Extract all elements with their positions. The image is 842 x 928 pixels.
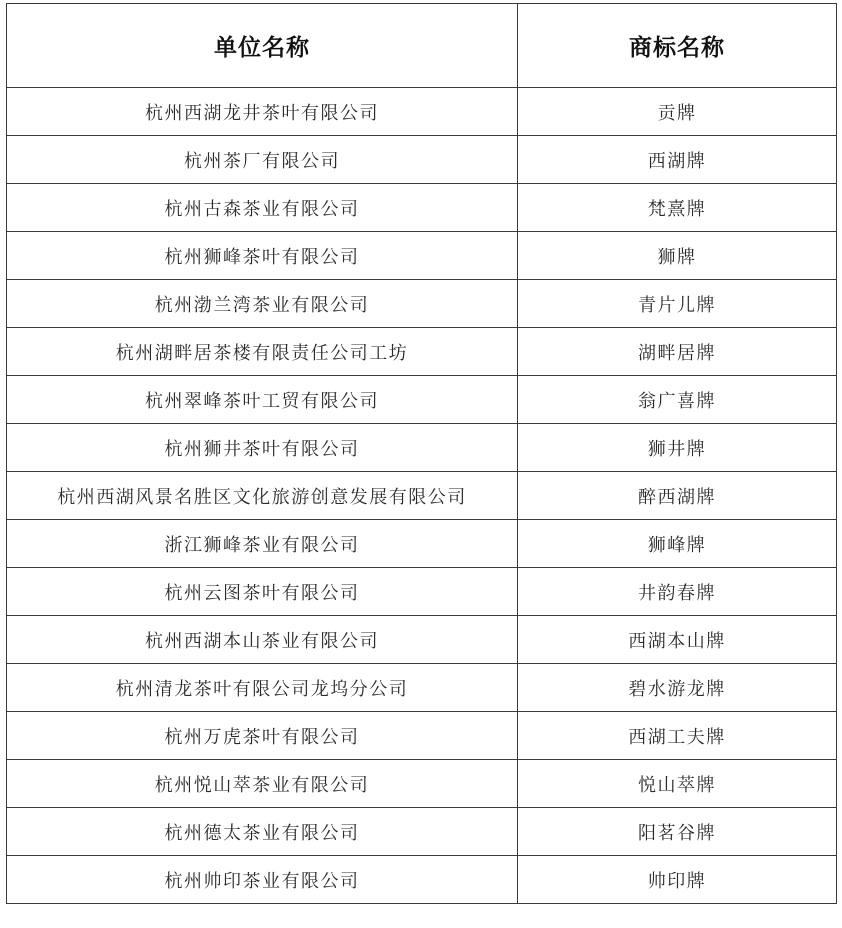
table-row: 杭州清龙茶叶有限公司龙坞分公司 碧水游龙牌 xyxy=(7,664,837,712)
company-cell: 杭州万虎茶叶有限公司 xyxy=(7,712,518,760)
brand-cell: 阳茗谷牌 xyxy=(518,808,837,856)
table-row: 杭州德太茶业有限公司 阳茗谷牌 xyxy=(7,808,837,856)
brand-cell: 醉西湖牌 xyxy=(518,472,837,520)
table-header-row: 单位名称 商标名称 xyxy=(7,4,837,88)
column-header-brand: 商标名称 xyxy=(518,4,837,88)
company-cell: 杭州帅印茶业有限公司 xyxy=(7,856,518,904)
company-cell: 浙江狮峰茶业有限公司 xyxy=(7,520,518,568)
brand-cell: 悦山萃牌 xyxy=(518,760,837,808)
company-cell: 杭州茶厂有限公司 xyxy=(7,136,518,184)
column-header-company: 单位名称 xyxy=(7,4,518,88)
brand-cell: 贡牌 xyxy=(518,88,837,136)
company-cell: 杭州西湖风景名胜区文化旅游创意发展有限公司 xyxy=(7,472,518,520)
brand-cell: 碧水游龙牌 xyxy=(518,664,837,712)
table-row: 杭州古森茶业有限公司 梵熹牌 xyxy=(7,184,837,232)
table-row: 杭州狮井茶叶有限公司 狮井牌 xyxy=(7,424,837,472)
brand-cell: 西湖本山牌 xyxy=(518,616,837,664)
company-cell: 杭州西湖本山茶业有限公司 xyxy=(7,616,518,664)
brand-cell: 翁广喜牌 xyxy=(518,376,837,424)
brand-cell: 狮牌 xyxy=(518,232,837,280)
brand-cell: 西湖牌 xyxy=(518,136,837,184)
company-cell: 杭州狮井茶叶有限公司 xyxy=(7,424,518,472)
brand-cell: 狮峰牌 xyxy=(518,520,837,568)
company-cell: 杭州湖畔居茶楼有限责任公司工坊 xyxy=(7,328,518,376)
company-cell: 杭州德太茶业有限公司 xyxy=(7,808,518,856)
company-cell: 杭州古森茶业有限公司 xyxy=(7,184,518,232)
company-cell: 杭州狮峰茶叶有限公司 xyxy=(7,232,518,280)
brand-cell: 青片儿牌 xyxy=(518,280,837,328)
table-row: 杭州西湖风景名胜区文化旅游创意发展有限公司 醉西湖牌 xyxy=(7,472,837,520)
table-row: 杭州西湖龙井茶叶有限公司 贡牌 xyxy=(7,88,837,136)
table-row: 杭州西湖本山茶业有限公司 西湖本山牌 xyxy=(7,616,837,664)
company-cell: 杭州清龙茶叶有限公司龙坞分公司 xyxy=(7,664,518,712)
trademark-table-container: 单位名称 商标名称 杭州西湖龙井茶叶有限公司 贡牌 杭州茶厂有限公司 西湖牌 杭… xyxy=(6,3,837,904)
table-row: 杭州帅印茶业有限公司 帅印牌 xyxy=(7,856,837,904)
brand-cell: 西湖工夫牌 xyxy=(518,712,837,760)
brand-cell: 湖畔居牌 xyxy=(518,328,837,376)
trademark-table: 单位名称 商标名称 杭州西湖龙井茶叶有限公司 贡牌 杭州茶厂有限公司 西湖牌 杭… xyxy=(6,3,837,904)
company-cell: 杭州悦山萃茶业有限公司 xyxy=(7,760,518,808)
company-cell: 杭州西湖龙井茶叶有限公司 xyxy=(7,88,518,136)
table-row: 杭州万虎茶叶有限公司 西湖工夫牌 xyxy=(7,712,837,760)
table-row: 杭州云图茶叶有限公司 井韵春牌 xyxy=(7,568,837,616)
brand-cell: 井韵春牌 xyxy=(518,568,837,616)
table-row: 杭州翠峰茶叶工贸有限公司 翁广喜牌 xyxy=(7,376,837,424)
brand-cell: 梵熹牌 xyxy=(518,184,837,232)
table-row: 浙江狮峰茶业有限公司 狮峰牌 xyxy=(7,520,837,568)
table-row: 杭州湖畔居茶楼有限责任公司工坊 湖畔居牌 xyxy=(7,328,837,376)
company-cell: 杭州渤兰湾茶业有限公司 xyxy=(7,280,518,328)
brand-cell: 帅印牌 xyxy=(518,856,837,904)
table-row: 杭州渤兰湾茶业有限公司 青片儿牌 xyxy=(7,280,837,328)
table-row: 杭州狮峰茶叶有限公司 狮牌 xyxy=(7,232,837,280)
brand-cell: 狮井牌 xyxy=(518,424,837,472)
table-row: 杭州悦山萃茶业有限公司 悦山萃牌 xyxy=(7,760,837,808)
company-cell: 杭州翠峰茶叶工贸有限公司 xyxy=(7,376,518,424)
company-cell: 杭州云图茶叶有限公司 xyxy=(7,568,518,616)
table-row: 杭州茶厂有限公司 西湖牌 xyxy=(7,136,837,184)
